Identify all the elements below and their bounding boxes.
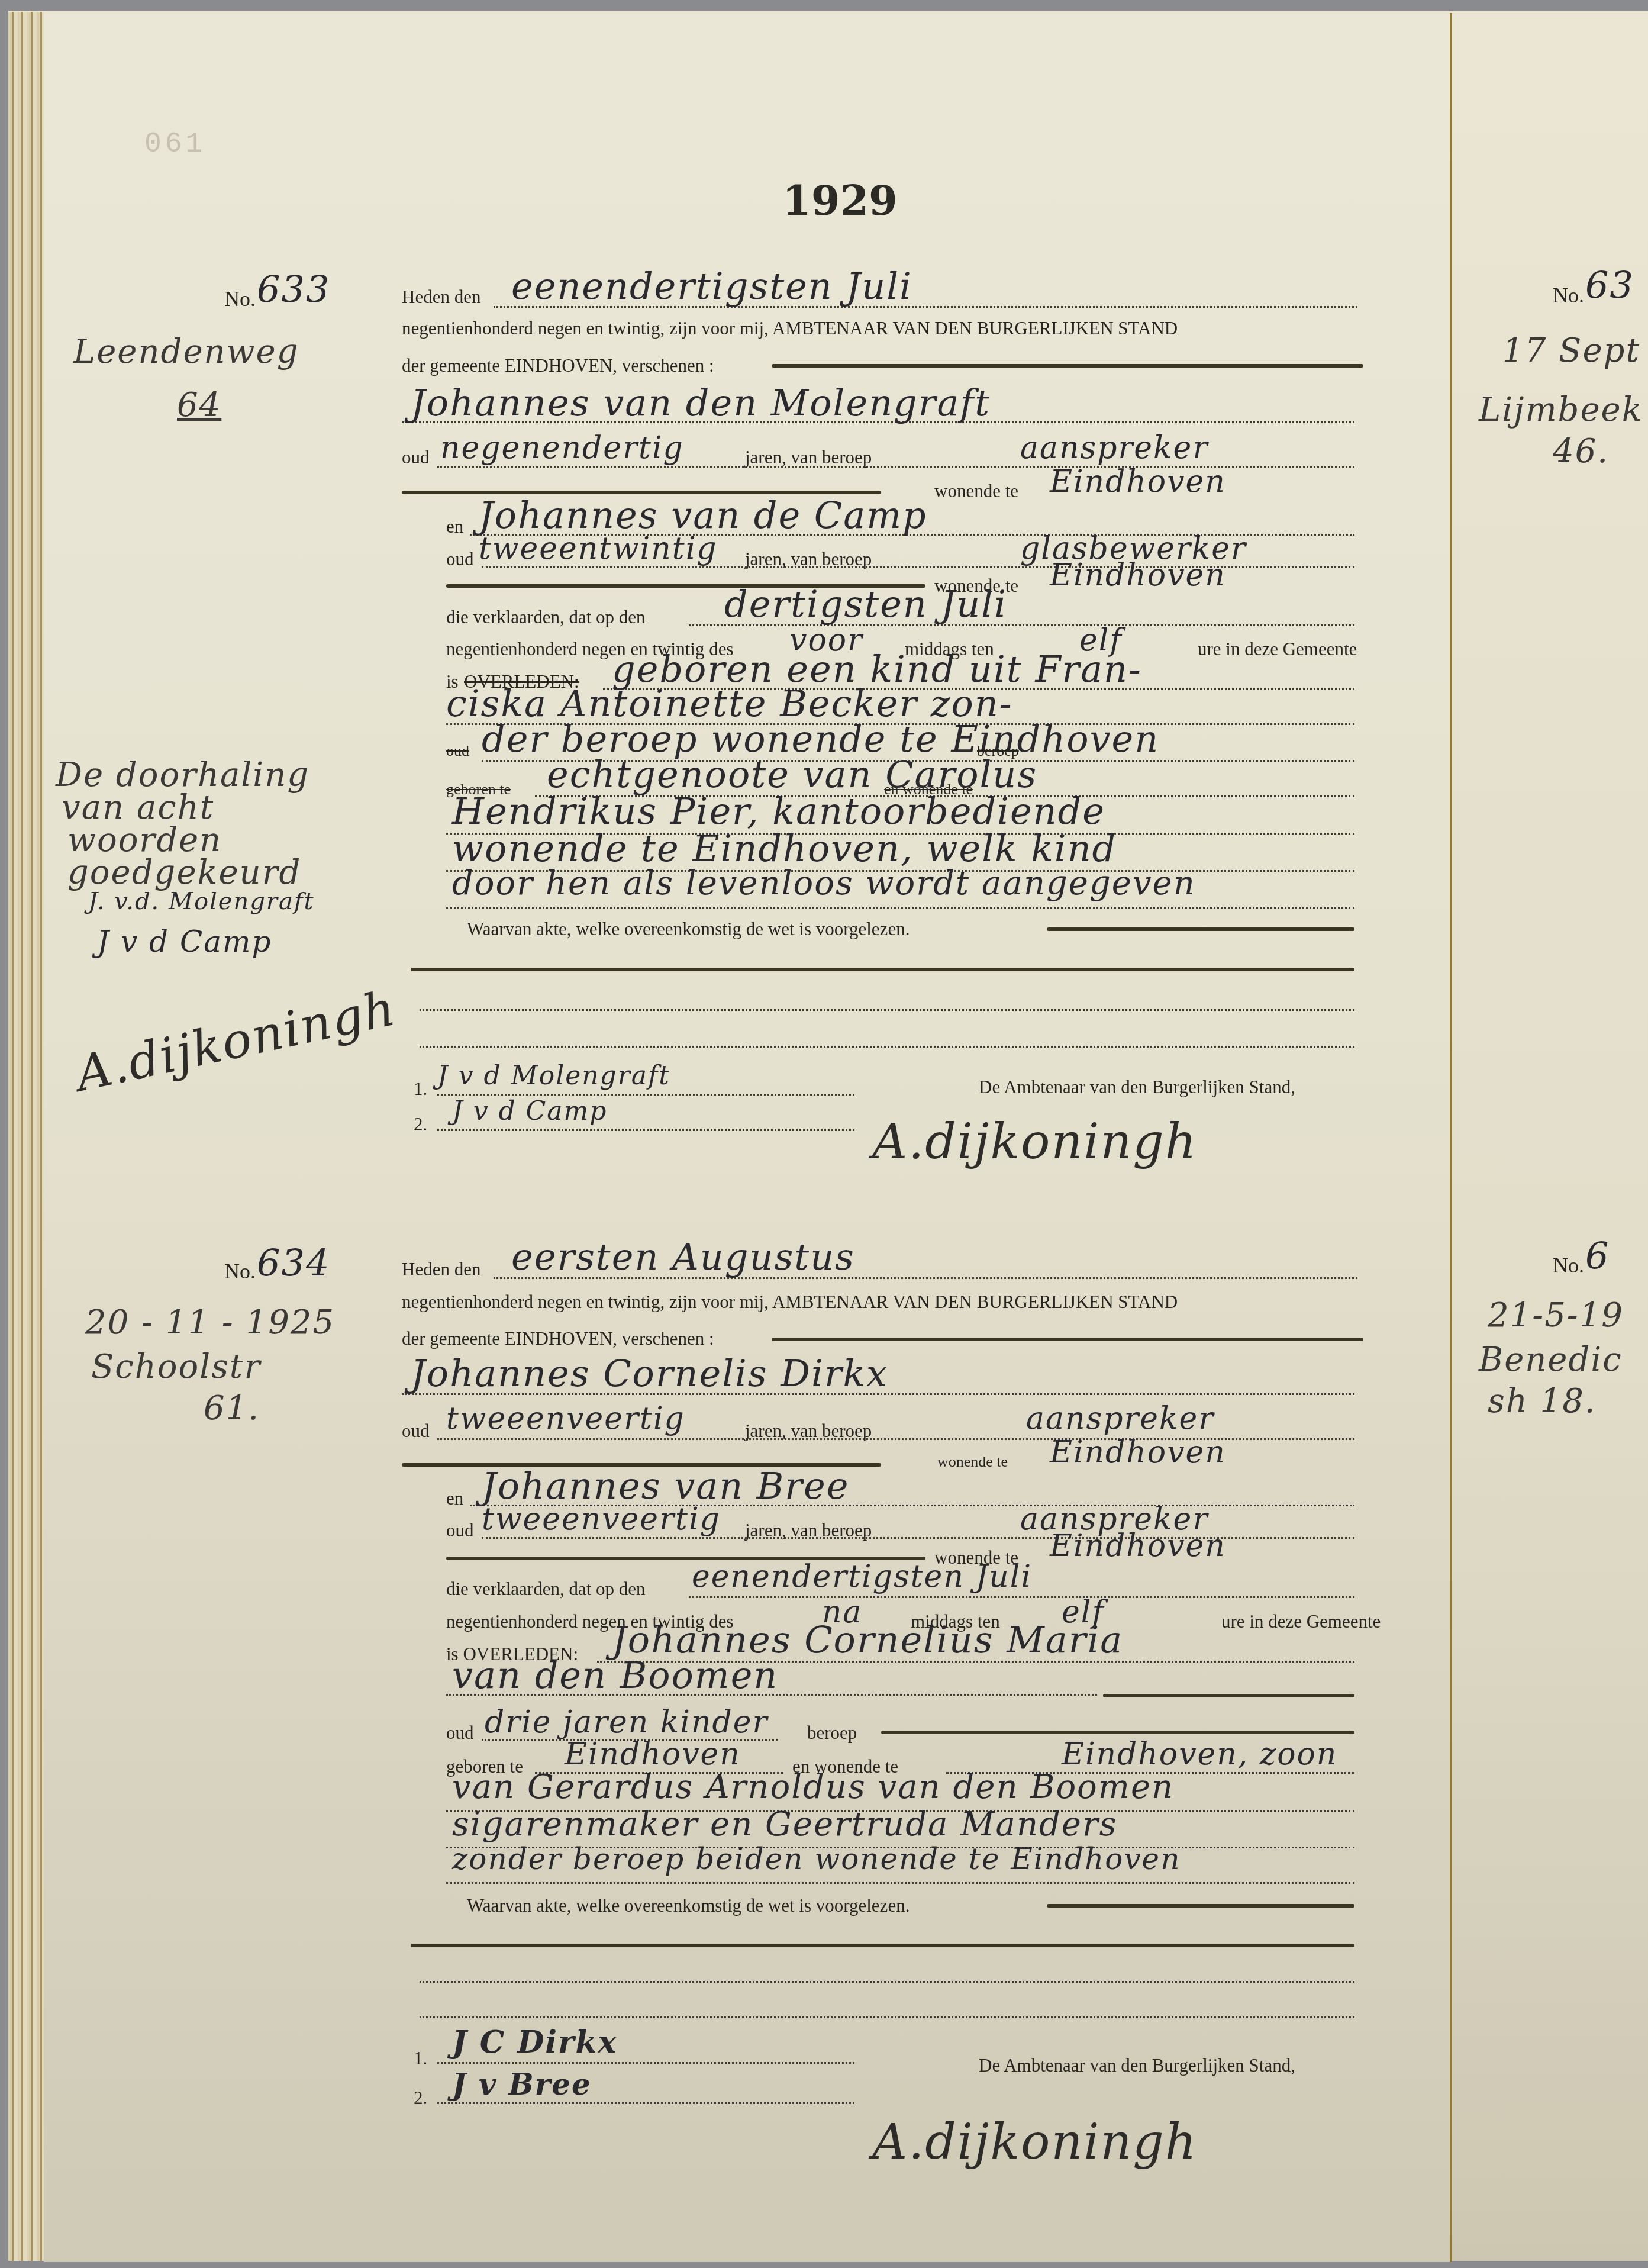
next-act1-margin-1: 17 Sept [1502,331,1640,370]
deceased-line-7: door hen als levenloos wordt aangegeven [452,864,1196,903]
parent-line-1: van Gerardus Arnoldus van den Boomen [452,1768,1174,1806]
oud-label: oud [402,447,430,468]
wonende-label: wonende te [934,481,1018,502]
next-act2-number-label: No. [1553,1253,1584,1278]
next-act2-margin-3: sh 18. [1488,1382,1597,1420]
declarant2-age: tweeentwintig [479,531,718,566]
next-act2-margin-2: Benedic [1479,1341,1623,1379]
en-label: en [446,516,463,537]
birthplace: Eindhoven [565,1737,741,1772]
witness2-signature: J v Bree [452,2067,592,2102]
next-act1-number-label: No. [1553,283,1584,308]
gemeente-line: der gemeente EINDHOVEN, verschenen : [402,1328,714,1349]
jaren-label: jaren, van beroep [745,1520,872,1541]
heden-den-label: Heden den [402,286,480,308]
ure-label: ure in deze Gemeente [1198,639,1357,660]
deceased-age: drie jaren kinder [485,1705,768,1740]
ure-label: ure in deze Gemeente [1221,1611,1381,1632]
declarant1-name: Johannes van den Molengraft [411,381,991,424]
margin-death-date: 20 - 11 - 1925 [85,1303,335,1342]
official-signature: A.dijkoningh [872,1114,1198,1170]
jaren-label: jaren, van beroep [745,1420,872,1442]
verklaarden-label: die verklaarden, dat op den [446,607,646,628]
margin-street: Schoolstr [91,1348,261,1386]
declarant2-age: tweeenveertig [482,1502,721,1537]
deceased-line-2: van den Boomen [452,1654,778,1697]
next-page-edge: No. 63 17 Sept Lijmbeek 46. No. 6 21-5-1… [1452,12,1648,2261]
declarant2-residence: Eindhoven [1050,1528,1226,1564]
act-number: 634 [257,1241,330,1284]
margin-address-number: 64 [177,386,221,424]
next-act2-margin-1: 21-5-19 [1488,1296,1624,1335]
margin-note-sig-2: J v d Camp [97,924,272,959]
declarant1-occupation: aanspreker [1026,1401,1214,1436]
witness1-signature: J v d Molengraft [437,1061,670,1091]
heden-den-value: eenendertigsten Juli [511,265,912,308]
wonende-label: wonende te [937,1453,1008,1471]
gemeente-line: der gemeente EINDHOVEN, verschenen : [402,355,714,376]
page-edges [8,12,44,2261]
en-label: en [446,1488,463,1509]
waarvan-akte-label: Waarvan akte, welke overeenkomstig de we… [467,919,910,940]
next-act2-number: 6 [1585,1234,1610,1277]
next-act1-margin-2: Lijmbeek [1479,391,1643,429]
heden-den-value: eersten Augustus [511,1235,855,1278]
margin-note-line-4: goedgekeurd [67,853,301,892]
jaren-label: jaren, van beroep [745,447,872,468]
heden-den-label: Heden den [402,1259,480,1280]
witness2-signature: J v d Camp [452,1096,607,1126]
oud-label: oud [446,1520,474,1541]
page-year: 1929 [782,176,898,225]
verklaarden-label: die verklaarden, dat op den [446,1578,646,1600]
preamble-line: negentienhonderd negen en twintig, zijn … [402,318,1178,339]
ambtenaar-label: De Ambtenaar van den Burgerlijken Stand, [979,1077,1295,1098]
act-number-label: No. [224,286,256,311]
parent-line-3: zonder beroep beiden wonende te Eindhove… [452,1842,1181,1876]
witness2-number: 2. [414,1114,427,1135]
jaren-label: jaren, van beroep [745,549,872,570]
margin-note-sig-1: J. v.d. Molengraft [88,888,315,915]
death-date: dertigsten Juli [724,582,1007,626]
declarant1-residence: Eindhoven [1050,464,1226,500]
oud-label: oud [446,1722,474,1744]
parent-line-2: sigarenmaker en Geertruda Manders [452,1805,1117,1844]
ambtenaar-label: De Ambtenaar van den Burgerlijken Stand, [979,2055,1295,2076]
witness1-number: 1. [414,2048,427,2069]
act-number-label: No. [224,1259,256,1284]
preamble-line: negentienhonderd negen en twintig, zijn … [402,1291,1178,1313]
page-stamp: 061 [144,128,206,160]
witness2-number: 2. [414,2087,427,2109]
oud-label: oud [446,549,474,570]
waarvan-akte-label: Waarvan akte, welke overeenkomstig de we… [467,1895,910,1916]
official-signature: A.dijkoningh [872,2114,1198,2170]
declarant1-name: Johannes Cornelis Dirkx [411,1352,888,1395]
witness1-signature: J C Dirkx [452,2024,617,2060]
margin-house-number: 61. [204,1389,260,1428]
death-date: eenendertigsten Juli [692,1559,1032,1594]
declarant2-residence: Eindhoven [1050,558,1226,593]
next-act1-number: 63 [1585,263,1634,307]
act-number: 633 [257,268,330,311]
witness1-number: 1. [414,1078,427,1100]
declarant1-age: tweeenveertig [446,1401,685,1436]
declarant1-age: negenendertig [440,430,684,466]
register-page: 061 1929 No. 633 Leendenweg 64 Heden den… [44,13,1450,2262]
declarant1-occupation: aanspreker [1020,430,1208,466]
oud-label-struck: oud [446,742,469,760]
margin-address-street: Leendenweg [73,333,299,371]
declarant1-residence: Eindhoven [1050,1435,1226,1470]
oud-label: oud [402,1420,430,1442]
margin-official-signature: A.dijkoningh [71,980,401,1103]
beroep-label: beroep [807,1722,857,1744]
deceased-residence: Eindhoven, zoon [1062,1737,1337,1772]
next-act1-margin-3: 46. [1553,432,1609,471]
